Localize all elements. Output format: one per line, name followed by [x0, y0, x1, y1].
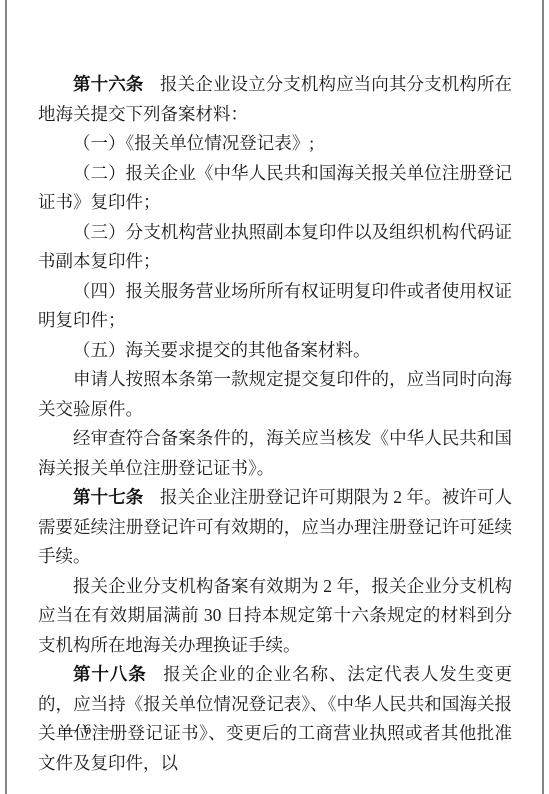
paragraph: （二）报关企业《中华人民共和国海关报关单位注册登记证书》复印件； [38, 159, 512, 218]
document-page: 第十六条报关企业设立分支机构应当向其分支机构所在地海关提交下列备案材料： （一）… [0, 0, 549, 794]
article-term: 第十七条 [73, 487, 143, 507]
paragraph-text: 报关企业分支机构备案有效期为 2 年，报关企业分支机构应当在有效期届满前 30 … [38, 576, 512, 655]
paragraph: 第十六条报关企业设立分支机构应当向其分支机构所在地海关提交下列备案材料： [38, 70, 512, 129]
page-edge-left [5, 0, 7, 794]
paragraph: 第十七条报关企业注册登记许可期限为 2 年。被许可人需要延续注册登记许可有效期的… [38, 483, 512, 572]
article-term: 第十八条 [73, 664, 147, 684]
paragraph: （三）分支机构营业执照副本复印件以及组织机构代码证书副本复印件； [38, 218, 512, 277]
paragraph-text: （三）分支机构营业执照副本复印件以及组织机构代码证书副本复印件； [38, 222, 512, 272]
article-term: 第十六条 [73, 74, 143, 94]
page-body: 第十六条报关企业设立分支机构应当向其分支机构所在地海关提交下列备案材料： （一）… [38, 70, 512, 778]
paragraph: 申请人按照本条第一款规定提交复印件的，应当同时向海关交验原件。 [38, 365, 512, 424]
paragraph: 报关企业分支机构备案有效期为 2 年，报关企业分支机构应当在有效期届满前 30 … [38, 572, 512, 661]
page-edge-right [542, 0, 544, 794]
paragraph-text: 申请人按照本条第一款规定提交复印件的，应当同时向海关交验原件。 [38, 369, 512, 419]
paragraph-text: （一）《报关单位情况登记表》; [73, 133, 314, 153]
paragraph: （一）《报关单位情况登记表》; [38, 129, 512, 159]
paragraph-text: 经审查符合备案条件的，海关应当核发《中华人民共和国海关报关单位注册登记证书》。 [38, 428, 512, 478]
paragraph: （四）报关服务营业场所所有权证明复印件或者使用权证明复印件； [38, 277, 512, 336]
paragraph: （五）海关要求提交的其他备案材料。 [38, 336, 512, 366]
paragraph: 经审查符合备案条件的，海关应当核发《中华人民共和国海关报关单位注册登记证书》。 [38, 424, 512, 483]
paragraph: 第十八条报关企业的企业名称、法定代表人发生变更的，应当持《报关单位情况登记表》、… [38, 660, 512, 778]
page-number: — 6 — [62, 722, 115, 739]
paragraph-text: （四）报关服务营业场所所有权证明复印件或者使用权证明复印件； [38, 281, 512, 331]
paragraph-text: （二）报关企业《中华人民共和国海关报关单位注册登记证书》复印件； [38, 163, 512, 213]
paragraph-text: （五）海关要求提交的其他备案材料。 [73, 340, 371, 360]
